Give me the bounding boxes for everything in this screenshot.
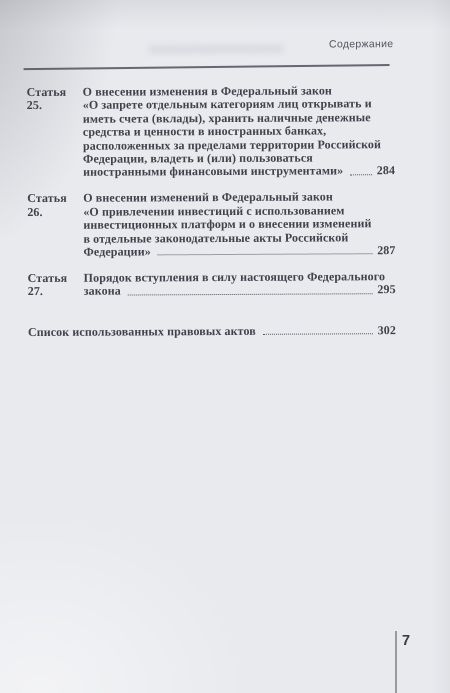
dotted-leader <box>158 253 372 255</box>
toc-entry-line-text: Федерации» <box>83 245 150 259</box>
toc-entry-lastline: закона295 <box>84 283 396 298</box>
page-number: 7 <box>402 633 410 649</box>
page-showthrough <box>148 44 283 55</box>
toc-entry-line: Порядок вступления в силу настоящего Фед… <box>84 270 396 285</box>
toc-entry: Статья 27.Порядок вступления в силу наст… <box>28 270 396 299</box>
toc-page-number: 284 <box>377 165 395 179</box>
toc-entry-line-text: иностранными финансовыми инструментами» <box>83 165 343 180</box>
toc-page-number: 287 <box>377 244 395 258</box>
dotted-leader <box>263 333 373 335</box>
toc-entry: Статья 25.О внесении изменения в Федерал… <box>27 84 395 180</box>
toc-entry-lastline: Список использованных правовых актов302 <box>28 324 396 339</box>
toc-page-number: 302 <box>378 324 396 338</box>
toc-entry-label: Статья 26. <box>27 192 83 259</box>
header-rule <box>24 64 390 70</box>
toc-page-number: 295 <box>377 283 395 297</box>
folio-rule <box>395 631 397 693</box>
toc-entry: Статья 26.О внесении изменений в Федерал… <box>27 190 395 259</box>
toc-entry-lastline: Федерации»287 <box>83 244 395 259</box>
dotted-leader <box>128 293 373 295</box>
toc-entry-label: Статья 27. <box>28 272 84 299</box>
book-page-photo: Содержание Статья 25.О внесении изменени… <box>0 0 450 693</box>
toc-entry-line-text: закона <box>84 285 121 299</box>
running-header: Содержание <box>329 38 393 50</box>
toc-entry: Список использованных правовых актов302 <box>28 324 396 339</box>
toc-entry-lastline: иностранными финансовыми инструментами»2… <box>83 165 395 180</box>
toc-list: Статья 25.О внесении изменения в Федерал… <box>27 84 396 339</box>
toc-entry-line-text: Список использованных правовых актов <box>28 325 256 340</box>
toc-entry-label: Статья 25. <box>27 86 83 180</box>
dotted-leader <box>350 174 372 175</box>
